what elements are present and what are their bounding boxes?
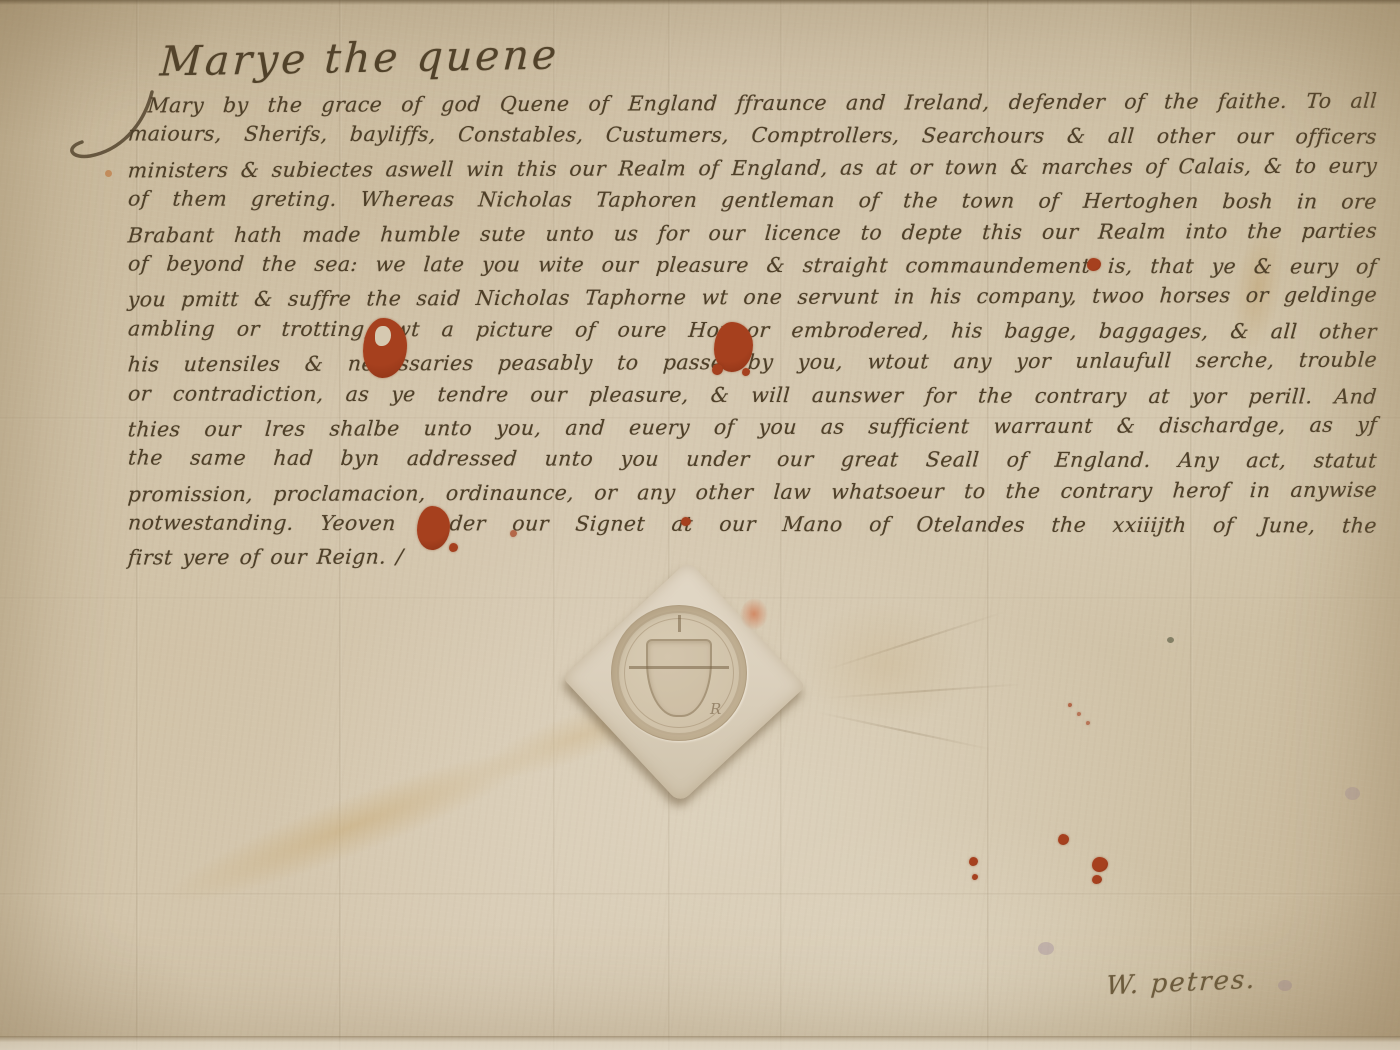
manuscript-line: or contradiction, as ye tendre our pleas… [127, 378, 1378, 411]
manuscript-line: promission, proclamacion, ordinaunce, or… [127, 475, 1378, 510]
wax-stain [740, 598, 768, 630]
manuscript-line: his utensiles & necessaries peasably to … [127, 345, 1378, 380]
manuscript-line: you pmitt & suffre the said Nicholas Tap… [127, 280, 1378, 315]
manuscript-line: first yere of our Reign. / [127, 541, 405, 572]
manuscript-body: Mary by the grace of god Quene of Englan… [0, 0, 1400, 1050]
manuscript-line: ministers & subiectes aswell win this ou… [127, 151, 1378, 186]
manuscript-line: notwestanding. Yeoven under our Signet a… [127, 507, 1378, 540]
manuscript-line: of them greting. Whereas Nicholas Taphor… [127, 183, 1378, 216]
manuscript-line: maiours, Sherifs, bayliffs, Constables, … [127, 118, 1378, 151]
royal-signet-seal: R [563, 568, 833, 808]
manuscript-line: Mary by the grace of god Quene of Englan… [147, 86, 1378, 121]
seal-letter: R [710, 700, 721, 718]
seal-fess-line [629, 666, 729, 669]
seal-impression-disc: R [611, 605, 747, 741]
manuscript-line: ambling or trotting, wt a picture of our… [127, 313, 1378, 346]
manuscript-line: of beyond the sea: we late you wite our … [127, 248, 1378, 281]
manuscript-line: Brabant hath made humble sute unto us fo… [127, 216, 1378, 251]
bottom-edge-fold [0, 1036, 1400, 1050]
parchment-document: Marye the quene Mary by the grace of god… [0, 0, 1400, 1050]
seal-top-tick [678, 615, 681, 632]
manuscript-line: thies our lres shalbe unto you, and euer… [127, 410, 1378, 445]
manuscript-line: the same had byn addressed unto you unde… [127, 442, 1378, 475]
top-edge-shadow [0, 0, 1400, 5]
